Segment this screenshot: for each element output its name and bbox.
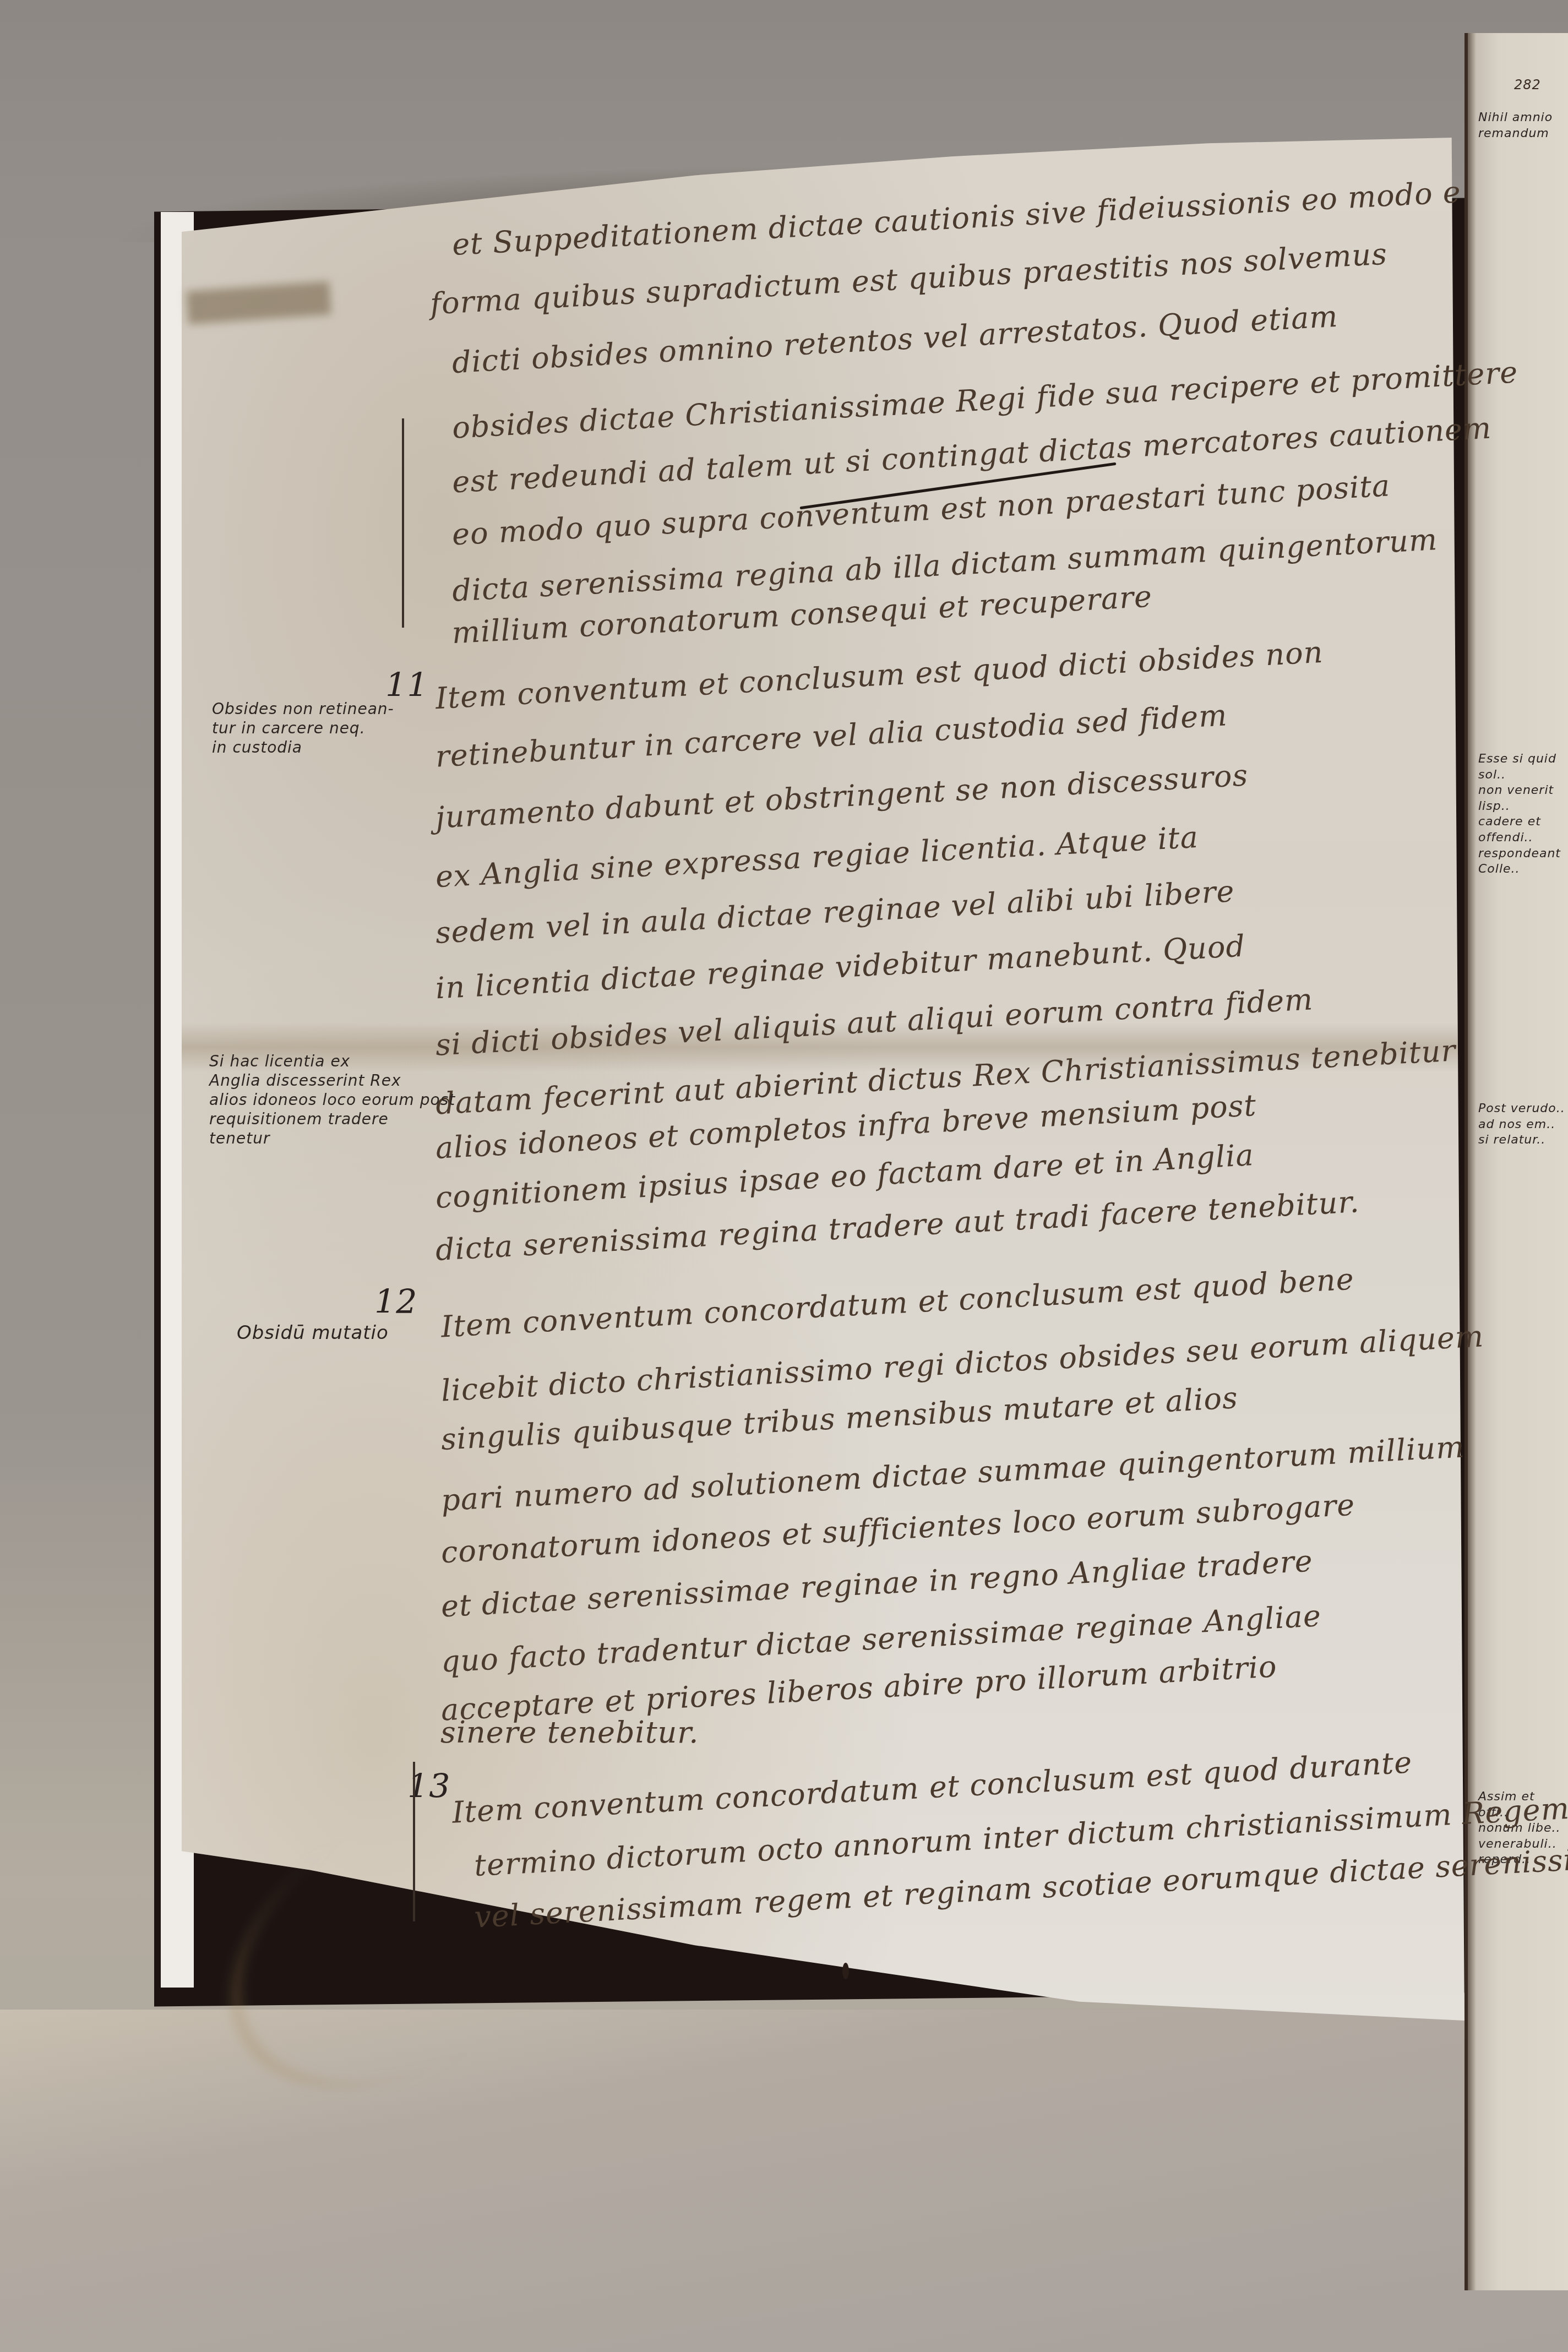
ink-blot (842, 1963, 849, 1979)
margin-note: Obsidū mutatio (237, 1321, 389, 1345)
margin-bracket (413, 1762, 415, 1921)
table-surface (0, 2010, 1568, 2352)
text-line: sinere tenebitur. (440, 1718, 699, 1747)
margin-bracket (402, 418, 404, 628)
facing-note: Esse si quid sol.. non venerit lisp.. ca… (1478, 752, 1568, 878)
facing-note: Nihil amnio remandum (1478, 110, 1553, 141)
section-number: 12 (374, 1283, 417, 1321)
margin-note: Obsides non retinean- tur in carcere neq… (212, 699, 394, 757)
margin-note: Si hac licentia ex Anglia discesserint R… (209, 1052, 455, 1148)
facing-note: Post verudo.. ad nos em.. si relatur.. (1478, 1101, 1565, 1148)
folio-number: 282 (1514, 77, 1541, 92)
